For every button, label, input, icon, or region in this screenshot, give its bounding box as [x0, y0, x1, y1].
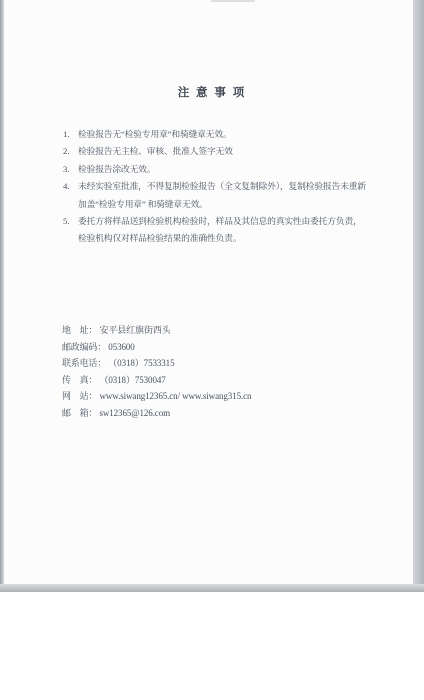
notice-item-number: 1.	[63, 126, 78, 143]
notice-line: 检验机构仅对样品检验结果的准确性负责。	[63, 230, 383, 247]
notice-item-text: 委托方将样品送到检验机构检验时，样品及其信息的真实性由委托方负责，	[78, 213, 362, 230]
notice-line: 2. 检验报告无主检、审核、批准人签字无效	[63, 143, 383, 160]
contact-value: 053600	[108, 342, 134, 352]
contact-row: 地 址： 安平县红旗街西头	[62, 322, 251, 339]
notice-item-text: 加盖“检验专用章” 和骑缝章无效。	[78, 196, 208, 213]
notice-item-text: 检验报告无“检验专用章”和骑缝章无效。	[78, 126, 232, 143]
contact-row: 邮政编码： 053600	[62, 339, 251, 356]
contact-label: 邮 箱：	[62, 408, 97, 418]
contact-row: 网 站： www.siwang12365.cn/ www.siwang315.c…	[62, 388, 251, 405]
notice-item-number	[63, 196, 78, 213]
notice-item-text: 检验报告涂改无效。	[78, 161, 155, 178]
scan-artifact-mark	[211, 0, 255, 2]
contact-label: 邮政编码：	[62, 342, 106, 352]
notice-item-text: 未经实验室批准，不得复制检验报告（全文复制除外），复制检验报告未重新	[78, 178, 366, 195]
notice-item-number: 5.	[63, 213, 78, 230]
notice-item-number: 3.	[63, 161, 78, 178]
document-page: 注 意 事 项 1. 检验报告无“检验专用章”和骑缝章无效。 2. 检验报告无主…	[0, 0, 424, 592]
contact-value: www.siwang12365.cn/ www.siwang315.cn	[99, 391, 251, 401]
contact-label: 联系电话：	[62, 358, 106, 368]
contact-value: （0318）7530047	[99, 375, 165, 385]
contact-row: 传 真： （0318）7530047	[62, 372, 251, 389]
contact-label: 网 站：	[62, 391, 97, 401]
notice-line: 5. 委托方将样品送到检验机构检验时，样品及其信息的真实性由委托方负责，	[63, 213, 383, 230]
page-title: 注 意 事 项	[0, 87, 424, 100]
notice-line: 3. 检验报告涂改无效。	[63, 161, 383, 178]
page-bottom-edge-shade	[0, 584, 424, 592]
contact-value: （0318）7533315	[108, 358, 174, 368]
contact-row: 联系电话： （0318）7533315	[62, 355, 251, 372]
notice-item-number: 4.	[63, 178, 78, 195]
screenshot-canvas: 注 意 事 项 1. 检验报告无“检验专用章”和骑缝章无效。 2. 检验报告无主…	[0, 0, 424, 700]
notice-item-text: 检验机构仅对样品检验结果的准确性负责。	[78, 230, 241, 247]
notice-item-number	[63, 230, 78, 247]
contact-row: 邮 箱： sw12365@126.com	[62, 405, 251, 422]
notice-line: 加盖“检验专用章” 和骑缝章无效。	[63, 196, 383, 213]
contact-block: 地 址： 安平县红旗街西头 邮政编码： 053600 联系电话： （0318）7…	[62, 322, 251, 422]
contact-label: 地 址：	[62, 325, 97, 335]
notice-line: 4. 未经实验室批准，不得复制检验报告（全文复制除外），复制检验报告未重新	[63, 178, 383, 195]
notice-item-text: 检验报告无主检、审核、批准人签字无效	[78, 143, 233, 160]
notice-list: 1. 检验报告无“检验专用章”和骑缝章无效。 2. 检验报告无主检、审核、批准人…	[63, 126, 383, 248]
contact-value: sw12365@126.com	[99, 408, 170, 418]
notice-item-number: 2.	[63, 143, 78, 160]
contact-label: 传 真：	[62, 375, 97, 385]
notice-line: 1. 检验报告无“检验专用章”和骑缝章无效。	[63, 126, 383, 143]
contact-value: 安平县红旗街西头	[99, 325, 170, 335]
